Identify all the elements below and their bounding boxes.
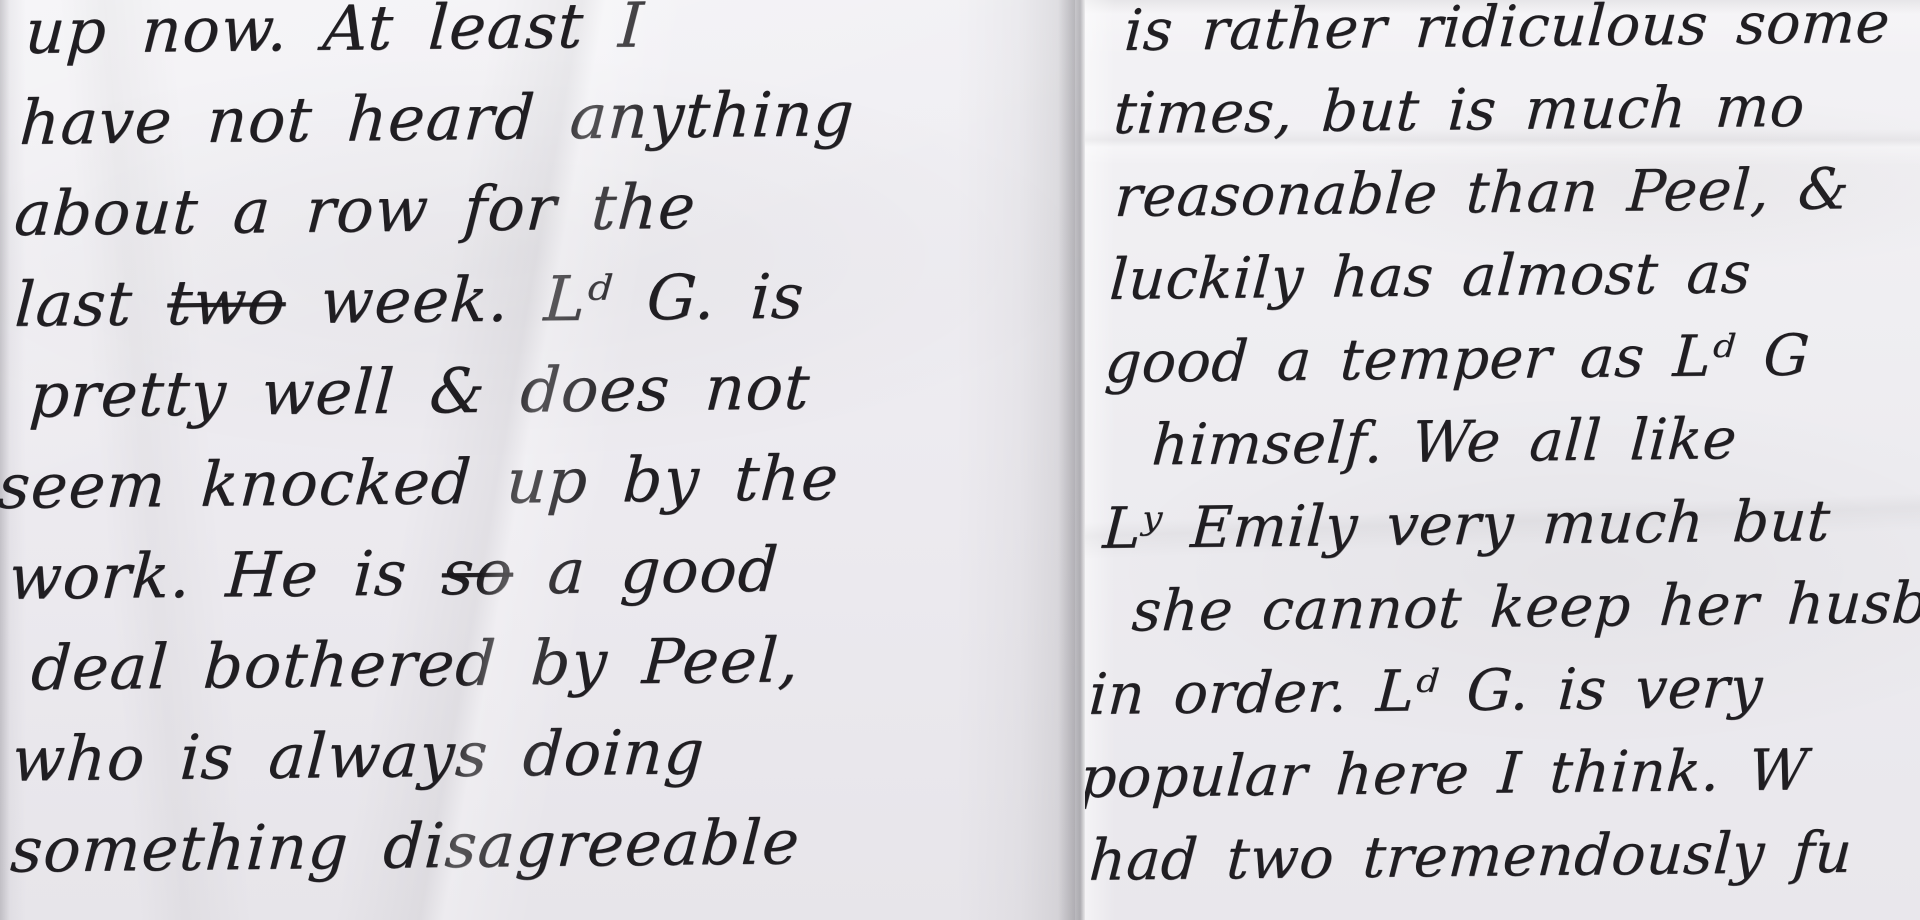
- handwriting-line: in order. Lᵈ G. is very: [1087, 642, 1920, 736]
- handwriting-line: times, but is much mo: [1111, 61, 1920, 156]
- handwriting-line: something disagreeable: [8, 792, 1075, 895]
- handwriting-line: good a temper as Lᵈ G: [1102, 310, 1920, 405]
- handwriting-line: seem knocked up by the: [0, 428, 1075, 532]
- handwriting-right: is rather ridiculous sometimes, but is m…: [1085, 0, 1920, 903]
- handwriting-line: last two week. Lᵈ G. is: [12, 246, 1075, 349]
- handwriting-line: reasonable than Peel, &: [1112, 144, 1920, 239]
- handwriting-line: work. He is so a good: [6, 519, 1075, 622]
- handwriting-line: popular here I think. W: [1085, 725, 1920, 820]
- handwriting-line: is rather ridiculous some: [1122, 0, 1920, 73]
- handwriting-line: deal bothered by Peel,: [29, 610, 1075, 713]
- handwriting-line: pretty well & does not: [27, 337, 1075, 440]
- handwriting-line: had two tremendously fu: [1087, 808, 1920, 902]
- handwriting-line: up now. At least I: [23, 0, 1075, 77]
- letter-photo: up now. At least Ihave not heard anythin…: [0, 0, 1920, 920]
- letter-page-left: up now. At least Ihave not heard anythin…: [0, 0, 1075, 920]
- handwriting-line: who is always doing: [9, 701, 1075, 804]
- handwriting-line: luckily has almost as: [1107, 227, 1920, 322]
- handwriting-line: she cannot keep her husb: [1130, 559, 1920, 653]
- handwriting-line: about a row for the: [12, 155, 1075, 259]
- handwriting-left: up now. At least Ihave not heard anythin…: [0, 0, 1075, 896]
- handwriting-line: have not heard anything: [17, 64, 1075, 168]
- letter-page-right: is rather ridiculous sometimes, but is m…: [1085, 0, 1920, 920]
- handwriting-line: Lʸ Emily very much but: [1100, 476, 1920, 570]
- handwriting-line: himself. We all like: [1149, 393, 1920, 487]
